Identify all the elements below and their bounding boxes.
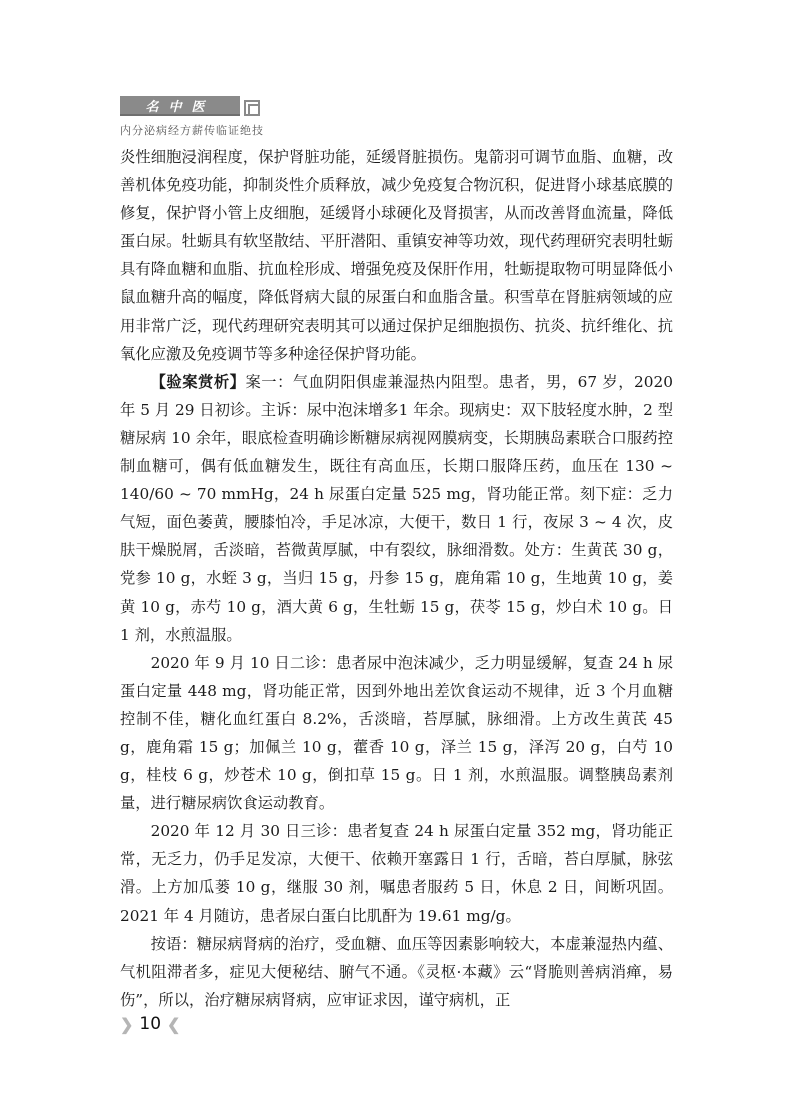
running-header: 名中医 内分泌病经方薪传临证绝技 xyxy=(120,96,264,138)
meander-square-icon xyxy=(244,100,260,116)
section-label: 【验案赏析】 xyxy=(151,373,246,391)
page-footer: ❯ 10 ❮ xyxy=(120,1014,180,1034)
paragraph-case-intro: 【验案赏析】案一：气血阴阳俱虚兼湿热内阻型。患者，男，67 岁，2020 年 5… xyxy=(120,368,673,649)
paragraph-third-visit: 2020 年 12 月 30 日三诊：患者复查 24 h 尿蛋白定量 352 m… xyxy=(120,817,673,929)
page-number: 10 xyxy=(139,1014,161,1034)
paragraph-second-visit: 2020 年 9 月 10 日二诊：患者尿中泡沫减少，乏力明显缓解，复查 24 … xyxy=(120,649,673,818)
book-subtitle: 内分泌病经方薪传临证绝技 xyxy=(120,122,264,138)
ornament-right-icon: ❮ xyxy=(167,1015,180,1034)
series-banner: 名中医 xyxy=(120,96,264,116)
ornament-left-icon: ❯ xyxy=(120,1015,133,1034)
series-title: 名中医 xyxy=(120,96,240,116)
paragraph-commentary: 按语：糖尿病肾病的治疗，受血糖、血压等因素影响较大，本虚兼湿热内蕴、气机阻滞者多… xyxy=(120,930,673,1014)
paragraph-pharmacology: 炎性细胞浸润程度，保护肾脏功能，延缓肾脏损伤。鬼箭羽可调节血脂、血糖，改善机体免… xyxy=(120,143,673,368)
body-text: 炎性细胞浸润程度，保护肾脏功能，延缓肾脏损伤。鬼箭羽可调节血脂、血糖，改善机体免… xyxy=(120,143,673,1014)
